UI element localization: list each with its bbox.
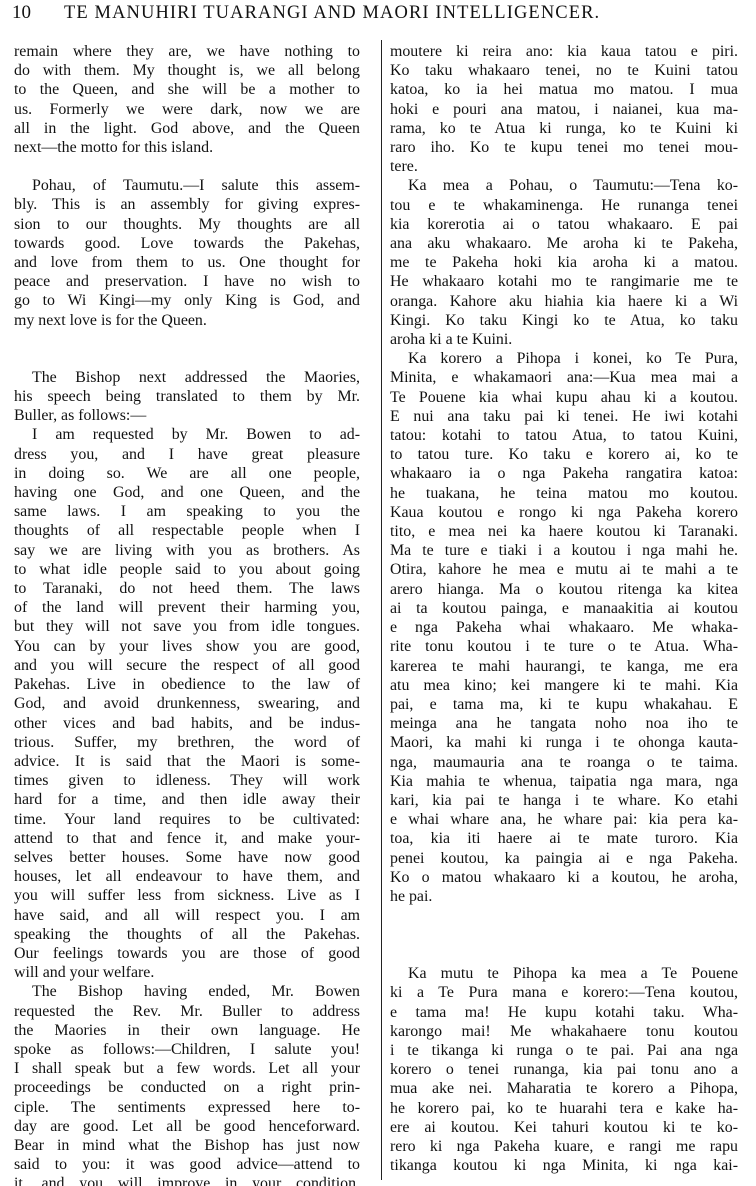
text-line: tito, e mea nei ka haere koutou ki Taran…: [390, 522, 738, 541]
text-line: requested the Rev. Mr. Buller to address: [14, 1002, 360, 1021]
running-title: TE MANUHIRI TUARANGI AND MAORI INTELLIGE…: [64, 3, 600, 24]
text-line: times given to idleness. They will work: [14, 771, 360, 790]
text-line: arero hianga. Ma o koutou ritenga ka kit…: [390, 580, 738, 599]
text-line: penei koutou, ka paingia ai e nga Pakeha…: [390, 849, 738, 868]
text-line: time. Your land requires to be cultivate…: [14, 810, 360, 829]
paragraph-r1: moutere ki reira ano: kia kaua tatou e p…: [390, 42, 738, 176]
running-header: 10 TE MANUHIRI TUARANGI AND MAORI INTELL…: [12, 2, 742, 26]
text-line: to the Queen, and she will be a mother t…: [14, 80, 360, 99]
text-line: Minita, e whakamaori ana:—Kua mea mai a: [390, 368, 738, 387]
paragraph-settler-conclusion: remain where they are, we have nothing t…: [14, 42, 360, 157]
text-line: Te Pouene kia whai kupu ahau ki a koutou…: [390, 388, 738, 407]
text-line: ana aku whakaaro. Me aroha ki te Pakeha,: [390, 234, 738, 253]
text-line: next—the motto for this island.: [14, 138, 360, 157]
text-line: other vices and bad habits, and be indus…: [14, 714, 360, 733]
text-line: have said, and all will respect you. I a…: [14, 906, 360, 925]
text-line: he korero pai, ko te huarahi tera e kake…: [390, 1099, 738, 1118]
text-line: Kingi. Ko taku Kingi ko te Atua, ko taku: [390, 311, 738, 330]
text-line: Ka mutu te Pihopa ka mea a Te Pouene: [390, 964, 738, 983]
text-line: having one God, and one Queen, and the: [14, 483, 360, 502]
text-line: advice. It is said that the Maori is som…: [14, 752, 360, 771]
english-column: remain where they are, we have nothing t…: [14, 42, 360, 1186]
text-line: Pohau, of Taumutu.—I salute this assem-: [14, 176, 360, 195]
text-line: attend to that and fence it, and make yo…: [14, 829, 360, 848]
text-line: kia korerotia ai o tatou whakaaro. E pai: [390, 215, 738, 234]
column-divider: [381, 40, 382, 1180]
text-line: I shall speak but a few words. Let all y…: [14, 1059, 360, 1078]
paragraph-bishop-intro: The Bishop next addressed the Maories, h…: [14, 368, 360, 426]
paragraph-buller-speech: The Bishop having ended, Mr. Bowen reque…: [14, 982, 360, 1186]
page-number: 10: [12, 2, 52, 24]
text-line: rero ki nga Pakeha kuare, e rangi me rap…: [390, 1137, 738, 1156]
paragraph-r2: Ka mea a Pohau, o Taumutu:—Tena ko- tou …: [390, 176, 738, 349]
text-line: thoughts of all respectable people when …: [14, 521, 360, 540]
text-line: Maori, ka mahi ki runga i te ohonga kaut…: [390, 733, 738, 752]
text-line: the Maories in their own language. He: [14, 1021, 360, 1040]
text-line: bly. This is an assembly for giving expr…: [14, 195, 360, 214]
text-line: meinga ana he tangata noho noa iho te: [390, 714, 738, 733]
text-line: Buller, as follows:—: [14, 406, 360, 425]
text-line: e nga Pakeha whai whakaaro. Me whaka-: [390, 618, 738, 637]
text-line: in doing so. We are all one people,: [14, 464, 360, 483]
text-line: tikanga koutou ki nga Minita, ki nga kai…: [390, 1156, 738, 1175]
text-line: Ma te ture e tiaki i a koutou i nga mahi…: [390, 541, 738, 560]
text-line: trious. Suffer, my brethren, the word of: [14, 733, 360, 752]
text-line: me te Pakeha hoki kia aroha ki a matou.: [390, 253, 738, 272]
text-line: speaking the thoughts of all the Pakehas…: [14, 925, 360, 944]
text-line: korero o tenei runanga, kia pai tonu ano…: [390, 1060, 738, 1079]
text-line: e tama ma! He kupu kotahi taku. Wha-: [390, 1003, 738, 1022]
text-line: raro iho. Ko te kupu tenei mo tenei mou-: [390, 138, 738, 157]
text-line: I am requested by Mr. Bowen to ad-: [14, 425, 360, 444]
text-line: houses, let all endeavour to have them, …: [14, 867, 360, 886]
text-line: Ko taku whakaaro tenei, no te Kuini tato…: [390, 61, 738, 80]
paragraph-pohau-speech: Pohau, of Taumutu.—I salute this assem- …: [14, 176, 360, 330]
text-line: e whai whare ana, he whare pai: kia pera…: [390, 810, 738, 829]
text-line: do with them. My thought is, we all belo…: [14, 61, 360, 80]
text-line: he pai.: [390, 887, 738, 906]
text-line: hoki e pouri ana matou, i naianei, kua m…: [390, 100, 738, 119]
text-line: katoa, ko ia hei matua mo matou. I mua: [390, 80, 738, 99]
maori-column: moutere ki reira ano: kia kaua tatou e p…: [390, 42, 738, 1175]
text-line: dress you, and I have great pleasure: [14, 445, 360, 464]
text-line: ere ai koutou. Kei tahuri koutou ki te k…: [390, 1118, 738, 1137]
text-line: remain where they are, we have nothing t…: [14, 42, 360, 61]
text-line: kari, kia pai te hanga i te whare. Ko et…: [390, 791, 738, 810]
text-line: proceedings be conducted on a right prin…: [14, 1078, 360, 1097]
text-line: Our feelings towards you are those of go…: [14, 944, 360, 963]
text-line: i te tikanga ki runga o te pai. Pai ana …: [390, 1041, 738, 1060]
text-line: to tatou ture. Ko taku e korero ai, ko t…: [390, 445, 738, 464]
text-line: pai, e tama ma, ki te kupu whakahau. E: [390, 695, 738, 714]
text-line: rite tonu koutou i te ture o te Atua. Wh…: [390, 637, 738, 656]
text-line: The Bishop having ended, Mr. Bowen: [14, 982, 360, 1001]
text-line: sion to our thoughts. My thoughts are al…: [14, 215, 360, 234]
text-line: ciple. The sentiments expressed here to-: [14, 1098, 360, 1117]
text-line: Kaua koutou e rongo ki nga Pakeha korero: [390, 503, 738, 522]
text-line: The Bishop next addressed the Maories,: [14, 368, 360, 387]
text-line: but they will not save you from idle ton…: [14, 617, 360, 636]
text-line: it, and you will improve in your conditi…: [14, 1174, 360, 1186]
text-line: towards good. Love towards the Pakehas,: [14, 234, 360, 253]
text-line: tatou: kotahi to tatou Atua, to tatou Ku…: [390, 426, 738, 445]
text-line: all in the light. God above, and the Que…: [14, 119, 360, 138]
text-line: my next love is for the Queen.: [14, 311, 360, 330]
text-line: tou e te whakaminenga. He runanga tenei: [390, 196, 738, 215]
text-line: to what idle people said to you about go…: [14, 560, 360, 579]
text-line: and you will secure the respect of all g…: [14, 656, 360, 675]
text-line: atu mea kino; kei mangere ki te mahi. Ki…: [390, 676, 738, 695]
text-line: rama, ko te Atua ki runga, ko te Kuini k…: [390, 119, 738, 138]
text-line: Ko o matou whakaaro ki a koutou, he aroh…: [390, 868, 738, 887]
text-line: karongo mai! Me whakahaere tonu koutou: [390, 1022, 738, 1041]
text-line: of the land will prevent their harming y…: [14, 598, 360, 617]
text-line: mua ake nei. Maharatia te korero a Pihop…: [390, 1079, 738, 1098]
text-line: oranga. Kahore aku hiahia kia haere ki a…: [390, 292, 738, 311]
text-line: you will suffer less from sickness. Live…: [14, 886, 360, 905]
text-line: toa, kia iti haere ai te mate turoro. Ki…: [390, 829, 738, 848]
text-line: tere.: [390, 157, 738, 176]
paragraph-bishop-speech: I am requested by Mr. Bowen to ad- dress…: [14, 425, 360, 982]
text-line: ki a Te Pura mana e korero:—Tena koutou,: [390, 983, 738, 1002]
text-line: Bear in mind what the Bishop has just no…: [14, 1136, 360, 1155]
text-line: ai ta koutou painga, e manaakitia ai kou…: [390, 599, 738, 618]
text-line: hard for a time, and then idle away thei…: [14, 790, 360, 809]
text-line: spoke as follows:—Children, I salute you…: [14, 1040, 360, 1059]
paragraph-r3: Ka korero a Pihopa i konei, ko Te Pura, …: [390, 349, 738, 906]
text-line: and love from them to us. One thought fo…: [14, 253, 360, 272]
text-line: You can by your lives show you are good,: [14, 637, 360, 656]
text-line: us. Formerly we were dark, now we are: [14, 100, 360, 119]
text-line: Kia mahia te whenua, taipatia nga mara, …: [390, 772, 738, 791]
text-line: God, and avoid drunkenness, swearing, an…: [14, 694, 360, 713]
text-line: same laws. I am speaking to you the: [14, 502, 360, 521]
text-line: go to Wi Kingi—my only King is God, and: [14, 291, 360, 310]
text-line: will and your welfare.: [14, 963, 360, 982]
text-line: peace and preservation. I have no wish t…: [14, 272, 360, 291]
text-line: day are good. Let all be good henceforwa…: [14, 1117, 360, 1136]
paragraph-r4: Ka mutu te Pihopa ka mea a Te Pouene ki …: [390, 964, 738, 1175]
text-line: moutere ki reira ano: kia kaua tatou e p…: [390, 42, 738, 61]
text-line: he tuakana, he teina matou mo koutou.: [390, 484, 738, 503]
text-line: aroha ki a te Kuini.: [390, 330, 738, 349]
text-line: E nui ana taku pai ki tenei. He iwi kota…: [390, 407, 738, 426]
text-line: Pakehas. Live in obedience to the law of: [14, 675, 360, 694]
text-line: Otira, kahore he mea e mutu ai te mahi a…: [390, 560, 738, 579]
text-line: Ka korero a Pihopa i konei, ko Te Pura,: [390, 349, 738, 368]
text-line: to Taranaki, do not heed them. The laws: [14, 579, 360, 598]
text-line: He whakaaro kotahi mo te rangimarie me t…: [390, 272, 738, 291]
text-line: say we are living with you as brothers. …: [14, 541, 360, 560]
text-line: his speech being translated to them by M…: [14, 387, 360, 406]
text-line: selves better houses. Some have now good: [14, 848, 360, 867]
text-line: nga, maumauria ana te roanga o te taima.: [390, 753, 738, 772]
text-line: said to you: it was good advice—attend t…: [14, 1155, 360, 1174]
text-line: karerea te mahi haurangi, te kanga, me e…: [390, 657, 738, 676]
text-line: Ka mea a Pohau, o Taumutu:—Tena ko-: [390, 176, 738, 195]
text-line: whakaaro ia o nga Pakeha rangatira katoa…: [390, 464, 738, 483]
